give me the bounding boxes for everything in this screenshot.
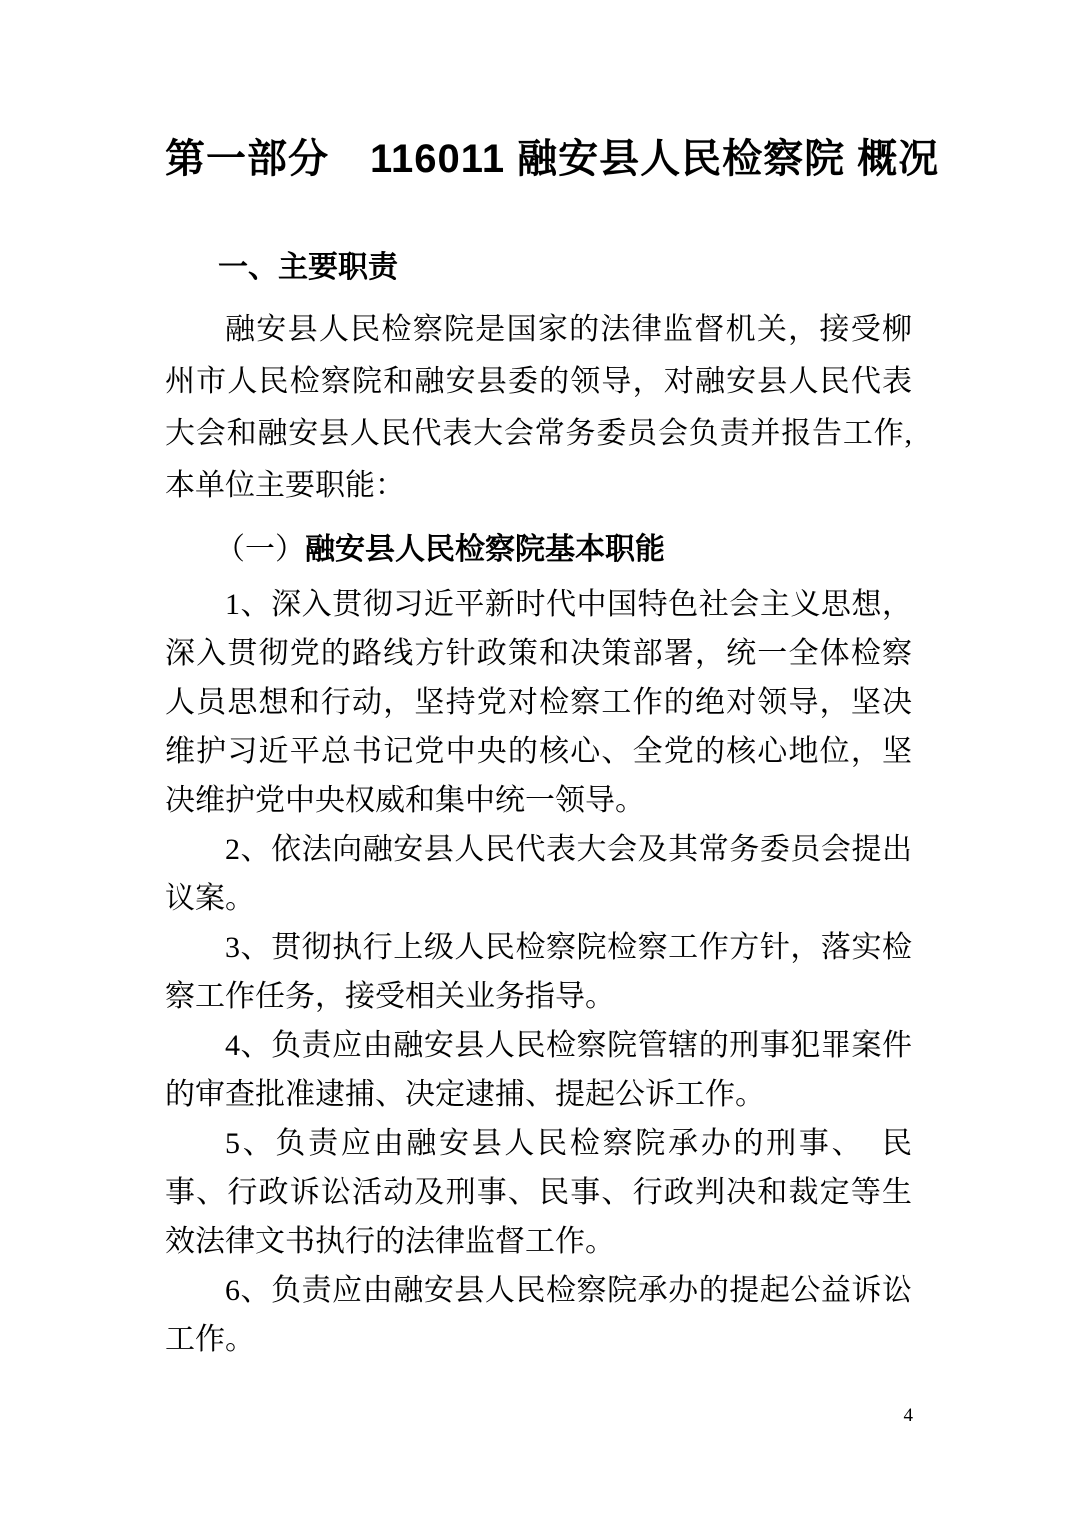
duty-item-1: 1、深入贯彻习近平新时代中国特色社会主义思想，深入贯彻党的路线方针政策和决策部署… bbox=[165, 580, 912, 825]
duty-item-4: 4、负责应由融安县人民检察院管辖的刑事犯罪案件的审查批准逮捕、决定逮捕、提起公诉… bbox=[165, 1021, 912, 1119]
duty-item-2: 2、依法向融安县人民代表大会及其常务委员会提出议案。 bbox=[165, 825, 912, 923]
subsection-title: 融安县人民检察院基本职能 bbox=[305, 533, 665, 566]
document-content: 第一部分 116011 融安县人民检察院 概况 一、主要职责 融安县人民检察院是… bbox=[165, 130, 912, 1364]
subsection-heading: （一）融安县人民检察院基本职能 bbox=[165, 524, 912, 576]
page-title: 第一部分 116011 融安县人民检察院 概况 bbox=[165, 130, 912, 188]
page-number: 4 bbox=[904, 1402, 914, 1430]
duty-item-6: 6、负责应由融安县人民检察院承办的提起公益诉讼工作。 bbox=[165, 1266, 912, 1364]
duty-item-3: 3、贯彻执行上级人民检察院检察工作方针，落实检察工作任务，接受相关业务指导。 bbox=[165, 923, 912, 1021]
subsection-number: （一） bbox=[215, 533, 305, 566]
intro-paragraph: 融安县人民检察院是国家的法律监督机关，接受柳州市人民检察院和融安县委的领导，对融… bbox=[165, 304, 912, 512]
section-heading-main-duties: 一、主要职责 bbox=[165, 242, 912, 294]
document-page: 第一部分 116011 融安县人民检察院 概况 一、主要职责 融安县人民检察院是… bbox=[0, 0, 1075, 1520]
duty-item-5: 5、负责应由融安县人民检察院承办的刑事、 民事、行政诉讼活动及刑事、民事、行政判… bbox=[165, 1119, 912, 1266]
